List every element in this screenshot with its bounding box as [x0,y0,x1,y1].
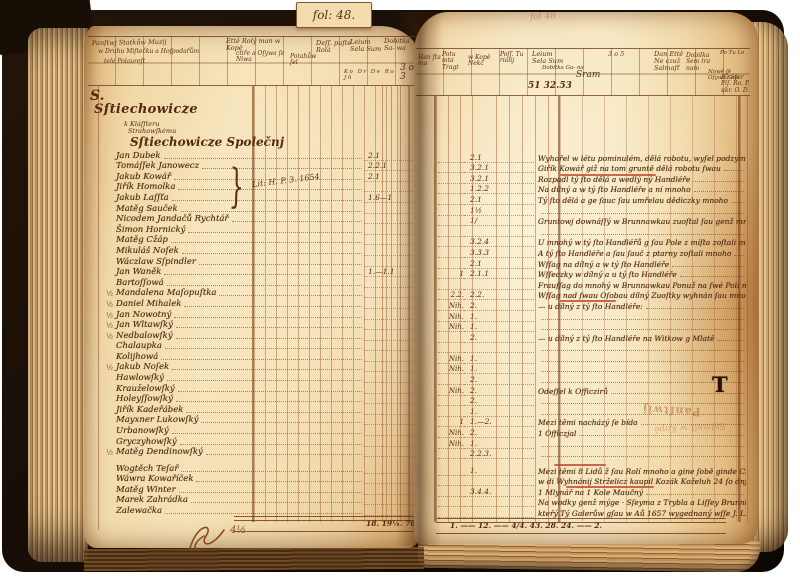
row-col-a [438,517,464,518]
ledger-row: ½ Mandalena Maſopuſtka [100,288,412,299]
dotted-leader [219,295,362,296]
margin-mark: ½ [100,301,113,309]
row-col-a [438,342,464,343]
dotted-leader [541,446,744,447]
row-figures [364,483,412,484]
dotted-leader [541,234,744,235]
row-remark: Giřík Kowář giž na tom gruntě dělá robot… [538,164,721,173]
header-cell: Leium Sela Sum [532,51,566,65]
row-remark: Tý ſto dělá a ge ſauc ſau umřelau dědicz… [538,196,728,205]
row-col-a [438,183,464,184]
dotted-leader [172,369,362,370]
row-col-a [438,268,464,269]
ledger-row: Jiřík Kadeřábek [100,404,412,415]
row-figures [364,308,412,309]
row-col-b: 1. [464,466,534,476]
row-figures: 1.6—1 [364,193,412,203]
row-col-b: 2.2. [464,290,534,300]
row-col-b: 1½ [464,206,534,216]
dotted-leader [181,211,362,212]
header-cell: Poſſ. Tu rialij [500,52,530,65]
ledger-row: ½ Jakub Noſek [100,362,412,373]
ledger-row: Šimon Hornický [100,224,412,235]
taxpayer-name: Wáczlaw Sſpindler [113,257,196,267]
header-cell: Dan Ettě Ne czuž Salmaſť [654,51,688,71]
row-col-b: 1. [464,312,534,322]
row-col-b: 2. [464,333,534,343]
ledger-row: 3.2.1 Rozpadl tý ſto dělá a wedlý ný Han… [438,173,746,184]
ledger-row: Wáczlaw Sſpindler [100,256,412,267]
row-col-a: Nih. [438,387,464,396]
dotted-leader [196,481,362,482]
ledger-row: Nih. 1. [438,364,746,375]
dotted-leader [178,391,362,392]
ledger-row: Nih. 1. [438,322,746,333]
dotted-leader [176,338,362,339]
row-remark: 1 Officzjal [538,429,576,438]
taxpayer-name: Daniel Mihalek [113,299,181,309]
ledger-row: Mayxner Lukowſký [100,415,412,426]
ledger-row: ½ Daniel Mihalek [100,298,412,309]
row-col-a [438,506,464,507]
header-cell: Potu mta Tragt [442,52,468,71]
row-col-a: Nih. [438,323,464,332]
taxpayer-name: Matěg Sauček [113,204,178,214]
ledger-row: ½ Jan Nowotný [100,309,412,320]
dotted-leader [181,471,362,472]
taxpayer-name: Wáwra Kowaříček [113,474,193,484]
dotted-leader [202,168,362,169]
header-cell: Po Tu Le [720,51,748,57]
row-col-a: 2.2. [438,291,464,300]
dotted-leader [164,274,362,275]
row-col-b: 3.2.4 [464,237,534,247]
dotted-leader [579,435,744,436]
taxpayer-name: Matěg Winter [113,485,176,495]
dotted-leader [186,412,362,413]
taxpayer-name: Jan Nowotný [113,310,171,320]
ledger-row: Holeyſſowſký [100,394,412,405]
row-remark: — u dílný z tý ſto Handléře: [538,302,643,311]
taxpayer-name: Jakub Kowář [113,172,171,182]
taxpayer-name: Krauželowſký [113,384,175,394]
dotted-leader [541,329,744,330]
row-col-a [438,405,464,406]
ledger-row: 1. Mezi těmi 8 Lidů ž ſau Rolí mnoho a g… [438,465,746,476]
dotted-leader [179,492,362,493]
dotted-leader [541,213,744,214]
row-figures: 1.—1.1 [364,267,412,277]
row-figures [364,403,412,404]
dotted-leader [717,340,744,341]
dotted-leader [199,264,362,265]
ledger-row: 1/ Gruntowj downáſſý w Brunnawkau zuoſta… [438,216,746,227]
dotted-leader [178,189,362,190]
row-remark: Wſſag na dílný a w tý ſto Handléře [538,260,669,269]
row-figures [364,515,412,516]
row-figures [364,329,412,330]
ledger-row: Jakub Laſſťa 1.6—1 [100,192,412,203]
row-remark: U mnohý w tý ſto Handléřů g ſau Pole z m… [538,238,746,247]
row-col-a: 1 [438,418,464,427]
ledger-row: 3.3.3 A tý ſto Handléře a ſau ſauč z pta… [438,247,746,258]
row-figures [364,456,412,457]
row-col-a: Nih. [438,302,464,311]
row-col-b: 1/ [464,216,534,226]
totals-rule-bottom [436,533,726,534]
taxpayer-name: Zalewačka [113,506,162,516]
ledger-row: kteřý Tý Galerůw gſau w Aů 1657 wygednan… [438,507,746,518]
dotted-leader [165,348,362,349]
page-edges-left [28,28,88,562]
ledger-row: 2.2. 2.2. Wſſag nad ſwau Oſobau dílný Zu… [438,290,746,301]
ledger-row: ½ Jan Wltawſký [100,320,412,331]
ledger-row: Wáwra Kowaříček [100,474,412,485]
dotted-leader [541,319,744,320]
row-remark: Wyhořel w létu pominulém, dělá robotu, w… [538,154,746,163]
row-figures [364,382,412,383]
margin-mark: ½ [100,333,113,341]
row-col-b: 2.1.1 [464,269,534,279]
row-remark: Wſſag nad ſwau Oſobau dílný Zuoſtky wyhn… [538,291,746,300]
ledger-row: Matěg Cžáp [100,235,412,246]
row-figures: 2.2.1 [364,161,412,171]
ledger-row [438,226,746,237]
row-figures [364,350,412,351]
ledger-row: Marek Zahrádka [100,495,412,506]
archive-stamp: T [712,372,728,397]
left-page: Panſtwj Statkůw Muzij w Druhu Miſtečku a… [84,26,420,548]
header-cell: ctiře a Oſywa ſe Niwa [236,51,288,64]
ledger-row: 1½ [438,205,746,216]
row-figures: 2.1 [364,151,412,161]
taxpayer-name: Gryczyhowſký [113,437,177,447]
taxpayer-name: Nicodem Jandačů Rychtář [113,214,229,224]
row-figures [364,494,412,495]
row-figures: 2.1 [364,172,412,182]
row-col-b: 1.2.2 [464,184,534,194]
dotted-leader [201,422,362,423]
dotted-leader [724,170,744,171]
ledger-row: 1 2.1.1 Wſſeczky w dílný a u tý ſto Hand… [438,269,746,280]
ledger-row: 2.2.3. [438,449,746,460]
faint-folio-mark: fol 48 [530,11,557,23]
row-remark: 1 Mlynář na 1 Kole Maučný [538,488,643,497]
row-remark: Mezi těmi nacházý ſe bída [538,418,638,427]
row-col-a: Nih. [438,429,464,438]
ledger-row [438,343,746,354]
row-remark: Na wodky genž mýge · Sſeyma z Trybla a L… [538,498,746,507]
header-cell: Sram [576,71,600,80]
taxpayer-name: Kolijhowá [113,352,158,362]
row-col-a [438,257,464,258]
margin-rule [98,86,99,530]
taxpayer-name: Urbanowſký [113,426,169,436]
column-boundary [434,96,436,522]
row-figures [364,287,412,288]
header-cell: Leium Sela Sum [350,39,384,53]
ledger-row: Jan Waněk 1.—1.1 [100,267,412,278]
ledger-row: Hawlowſký [100,372,412,383]
ledger-row: 2. [438,374,746,385]
taxpayer-name: Jiřík Kadeřábek [113,405,183,415]
row-figures [364,393,412,394]
ledger-row: Mikuláš Noſek [100,245,412,256]
row-col-b: 1. [464,439,534,449]
taxpayer-name: Jiřík Homolka [113,182,175,192]
row-figures [364,435,412,436]
ledger-row: ½ Matěg Dendinowſký [100,447,412,458]
header-cell: Han ſta ma [418,55,442,68]
dotted-leader [174,317,362,318]
row-col-b: 2. [464,375,534,385]
dotted-leader [180,444,362,445]
ledger-row: w di Wyhnánij Strželicz kaupil Kozák Kož… [438,476,746,487]
row-col-b: 1. [464,354,534,364]
dotted-leader [176,327,362,328]
row-col-a: Nih. [438,365,464,374]
taxpayer-name: Tomáſſek Janowecz [113,161,199,171]
header-cell: tele Polaureſt [104,59,145,65]
taxpayer-name: Jakub Noſek [113,362,169,372]
row-col-b [464,517,534,518]
dotted-leader [188,232,362,233]
row-remark: Na dílný a w tý ſto Handléře a ní mnoho [538,185,691,194]
ledger-row: Matěg Sauček [100,203,412,214]
dotted-leader [680,276,744,277]
header-cell: w Druhu Miſtečku a Hoſpodařům [98,49,218,55]
ledger-row: 3.2.1 Giřík Kowář giž na tom gruntě dělá… [438,163,746,174]
dotted-leader [731,202,744,203]
row-figures [364,504,412,505]
taxpayer-name: Matěg Cžáp [113,235,168,245]
header-subtotal: 51 32.53 [528,82,572,91]
taxpayer-name: Jan Dubek [113,151,161,161]
ledger-row: Nih. 1. [438,353,746,364]
header-cell: 3 o 5 [608,51,652,58]
row-remark: — u dílný z tý ſto Handléře na Witkow g … [538,334,714,343]
row-col-a [438,225,464,226]
margin-mark: ½ [100,312,113,320]
dotted-leader [646,308,744,309]
row-col-b: 3.2.1 [464,163,534,173]
dotted-leader [176,401,362,402]
row-col-b: 2.1 [464,153,534,163]
taxpayer-name: Jan Wltawſký [113,320,173,330]
ledger-row: 3.4.4. 1 Mlynář na 1 Kole Maučný [438,486,746,497]
row-col-b [464,506,534,507]
row-col-a [438,193,464,194]
taxpayer-name: Nedbalowſký [113,331,173,341]
dotted-leader [161,359,362,360]
dotted-leader [694,191,744,192]
ledger-row: Nih. 2. — u dílný z tý ſto Handléře: [438,300,746,311]
row-figures [364,319,412,320]
row-figures [364,371,412,372]
right-header-band: Han ſta ma Potu mta Tragt w Kopě Nekč Po… [416,48,750,96]
dotted-leader [734,255,744,256]
taxpayer-rows: Jan Dubek 2.1 Tomáſſek Janowecz 2.2.1 Ja… [100,150,412,457]
row-figures [364,414,412,415]
ledger-row: Urbanowſký [100,425,412,436]
dotted-leader [541,456,744,457]
ledger-row: 2.1 Wſſag na dílný a w tý ſto Handléře [438,258,746,269]
row-col-b: 3.2.1 [464,174,534,184]
taxpayer-name: Jakub Laſſťa [113,193,169,203]
taxpayer-name: Matěg Dendinowſký [113,447,203,457]
ledger-row: Na wodky genž mýge · Sſeyma z Trybla a L… [438,497,746,508]
row-remark: Rozpadl tý ſto dělá a wedlý ný Handléře [538,175,690,184]
ledger-row: Bartoſſowá [100,277,412,288]
taxpayer-rows-second-group: Wogtěch Teſař Wáwra Kowaříček Matěg Wint… [100,463,412,516]
row-remark: A tý ſto Handléře a ſau ſauč z ptarny zo… [538,249,731,258]
taxpayer-name: Bartoſſowá [113,278,164,288]
ledger-row: 3.2.4 U mnohý w tý ſto Handléřů g ſau Po… [438,237,746,248]
taxpayer-name: Mandalena Maſopuſtka [113,288,216,298]
header-cell: Panſtwj Statkůw Muzij [92,38,220,47]
row-remark: Gruntowj downáſſý w Brunnawkau zuoſtal ſ… [538,217,746,226]
ledger-row: 2.1 Wyhořel w létu pominulém, dělá robot… [438,152,746,163]
row-remark: kteřý Tý Galerůw gſau w Aů 1657 wygednan… [538,509,746,518]
row-col-a [438,496,464,497]
row-figures [364,361,412,362]
row-col-b: 2. [464,301,534,311]
dotted-leader [206,454,362,455]
row-col-b: 2.2.3. [464,449,534,459]
dotted-leader [167,285,362,286]
dotted-leader [541,361,744,362]
village-title: Sſtiechowicze [94,102,198,117]
row-col-a: Nih. [438,313,464,322]
ledger-row: 2. — u dílný z tý ſto Handléře na Witkow… [438,332,746,343]
row-remark: Mezi těmi 8 Lidů ž ſau Rolí mnoho a gine… [538,467,746,476]
ledger-row: Nih. 1. [438,311,746,322]
row-col-a [438,204,464,205]
dotted-leader [167,380,362,381]
row-col-b: 2. [464,396,534,406]
row-col-b: 1. [464,322,534,332]
flourish-note: 4½ [230,525,246,536]
dotted-leader [191,502,362,503]
dotted-leader [541,350,744,351]
ledger-row: Frauſſag do mnohý w Brunnawkau Ponuž na … [438,279,746,290]
dotted-leader [184,306,362,307]
row-col-a [438,384,464,385]
remark-rows-second-group: 1. Mezi těmi 8 Lidů ž ſau Rolí mnoho a g… [438,465,746,518]
left-header-band: Panſtwj Statkůw Muzij w Druhu Miſtečku a… [88,36,416,86]
header-cell: Dobitka Sa- wa [384,38,414,52]
page-edges-bottom-shadow [84,547,424,571]
margin-mark: ½ [100,449,113,457]
ledger-row: Kolijhowá [100,351,412,362]
row-figures [364,424,412,425]
margin-mark: ½ [100,322,113,330]
right-page: fol 48 Han ſta ma Potu mta Tragt w Kopě … [414,12,758,544]
dotted-leader [165,513,362,514]
row-col-a [438,172,464,173]
row-remark: Frauſſag do mnohý w Brunnawkau Ponuž na … [538,281,746,290]
row-col-a [438,416,464,417]
row-col-b: 1.—2. [464,417,534,427]
row-col-b: 2.1 [464,195,534,205]
taxpayer-name: Wogtěch Teſař [113,464,178,474]
row-col-b: 2. [464,386,534,396]
row-col-a [438,236,464,237]
photo-of-open-ledger: Panſtwj Statkůw Muzij w Druhu Miſtečku a… [0,0,800,580]
subsection-heading: Sſtiechowicze Společnj [130,135,284,149]
ledger-row: Zalewačka [100,505,412,516]
row-col-a [438,458,464,459]
row-figures [364,340,412,341]
row-col-b: 1. [464,364,534,374]
ledger-row: Tomáſſek Janowecz 2.2.1 [100,161,412,172]
patron-line: Strahowſkému [128,127,176,135]
ledger-row: Nih. 2. Odeſſel k Officzirů [438,385,746,396]
header-cell: Ko Dr De Ro Jň [344,70,404,82]
row-figures [364,297,412,298]
row-col-a [438,352,464,353]
row-col-a [438,485,464,486]
taxpayer-name: Marek Zahrádka [113,495,188,505]
taxpayer-name: Jan Waněk [113,267,161,277]
taxpayer-name: Holeyſſowſký [113,394,173,404]
row-figures [364,446,412,447]
row-figures [364,473,412,474]
ledger-row: Matěg Winter [100,484,412,495]
ledger-row: 2.1 Tý ſto dělá a ge ſauc ſau umřelau dě… [438,194,746,205]
row-figures [364,255,412,256]
dotted-leader [232,221,363,222]
dotted-leader [172,433,362,434]
grouping-brace: } [229,158,245,213]
right-totals: 1. —— 12. —— 4/4. 43. 28. 24. —— 2. [450,521,602,530]
row-col-b: 3.4.4. [464,487,534,497]
ledger-row: Chalaupka [100,341,412,352]
ledger-row: Gryczyhowſký [100,436,412,447]
clerk-flourish [184,520,230,552]
dotted-leader [672,266,744,267]
dotted-leader [646,494,744,495]
margin-mark: ½ [100,290,113,298]
ledger-row: Krauželowſký [100,383,412,394]
dotted-leader [693,181,744,182]
row-col-b: 3.3.3 [464,248,534,258]
row-col-b: 2. [464,428,534,438]
taxpayer-name: Mayxner Lukowſký [113,415,198,425]
row-col-a: Nih. [438,440,464,449]
row-col-a [438,289,464,290]
row-remark: w di Wyhnánij Strželicz kaupil Kozák Kož… [538,477,746,486]
margin-mark: ½ [100,364,113,372]
taxpayer-name: Mikuláš Noſek [113,246,179,256]
row-col-a [438,162,464,163]
row-remark: Wſſeczky w dílný a u tý ſto Handléře [538,270,677,279]
taxpayer-name: Chalaupka [113,341,162,351]
row-figures [364,244,412,245]
row-col-b: 1. [464,407,534,417]
row-figures [364,223,412,224]
header-cell: Pů Sſer Fiſ. Ro. P. ukr. O. D. [721,75,751,94]
folio-number-badge: fol: 48. [296,2,372,28]
row-remark: Odeſſel k Officzirů [538,387,608,396]
header-cell: w Kopě Nekč [468,55,498,68]
ledger-row: Nih. 1. [438,438,746,449]
row-col-a [438,246,464,247]
header-cell: Potahůw ſel [290,54,320,67]
ledger-row: 1.2.2 Na dílný a w tý ſto Handléře a ní … [438,184,746,195]
row-col-b: 2.1 [464,259,534,269]
ledger-row: Wogtěch Teſař [100,463,412,474]
